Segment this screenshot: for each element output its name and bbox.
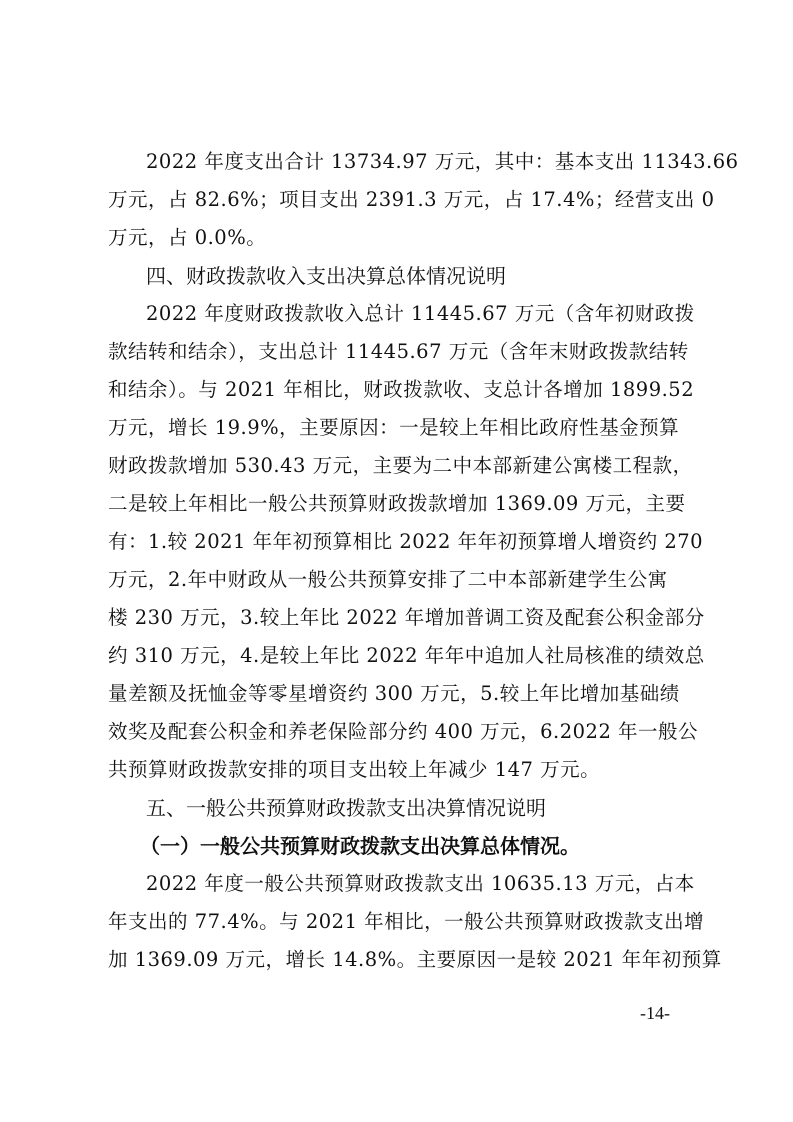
- paragraph-line: 万元，2.年中财政从一般公共预算安排了二中本部新建学生公寓: [108, 568, 694, 592]
- paragraph-line: 2022 年度一般公共预算财政拨款支出 10635.13 万元，占本: [146, 872, 694, 896]
- paragraph-line: 量差额及抚恤金等零星增资约 300 万元，5.较上年比增加基础绩: [108, 682, 694, 706]
- paragraph-line: 共预算财政拨款安排的项目支出较上年减少 147 万元。: [108, 758, 694, 782]
- paragraph-line: 万元，占 0.0%。: [108, 226, 694, 250]
- paragraph-line: 财政拨款增加 530.43 万元，主要为二中本部新建公寓楼工程款，: [108, 454, 694, 478]
- paragraph-line: 万元，增长 19.9%，主要原因：一是较上年相比政府性基金预算: [108, 416, 694, 440]
- subsection-heading-1: （一）一般公共预算财政拨款支出决算总体情况。: [140, 834, 580, 858]
- section-heading-4: 四、财政拨款收入支出决算总体情况说明: [146, 264, 506, 288]
- paragraph-line: 有：1.较 2021 年年初预算相比 2022 年年初预算增人增资约 270: [108, 530, 694, 554]
- paragraph-line: 效奖及配套公积金和养老保险部分约 400 万元，6.2022 年一般公: [108, 720, 694, 744]
- document-page: 2022 年度支出合计 13734.97 万元，其中：基本支出 11343.66…: [0, 0, 793, 1122]
- paragraph-line: 二是较上年相比一般公共预算财政拨款增加 1369.09 万元，主要: [108, 492, 694, 516]
- section-heading-5: 五、一般公共预算财政拨款支出决算情况说明: [146, 796, 546, 820]
- paragraph-line: 和结余）。与 2021 年相比，财政拨款收、支总计各增加 1899.52: [108, 378, 694, 402]
- page-number: -14-: [640, 1002, 670, 1024]
- paragraph-line: 万元，占 82.6%；项目支出 2391.3 万元，占 17.4%；经营支出 0: [108, 188, 694, 212]
- paragraph-line: 楼 230 万元，3.较上年比 2022 年增加普调工资及配套公积金部分: [108, 606, 694, 630]
- paragraph-line: 年支出的 77.4%。与 2021 年相比，一般公共预算财政拨款支出增: [108, 910, 694, 934]
- paragraph-line: 2022 年度财政拨款收入总计 11445.67 万元（含年初财政拨: [146, 302, 694, 326]
- paragraph-line: 2022 年度支出合计 13734.97 万元，其中：基本支出 11343.66: [146, 150, 694, 174]
- paragraph-line: 加 1369.09 万元，增长 14.8%。主要原因一是较 2021 年年初预算: [108, 948, 694, 972]
- paragraph-line: 约 310 万元，4.是较上年比 2022 年年中追加人社局核准的绩效总: [108, 644, 694, 668]
- paragraph-line: 款结转和结余），支出总计 11445.67 万元（含年末财政拨款结转: [108, 340, 694, 364]
